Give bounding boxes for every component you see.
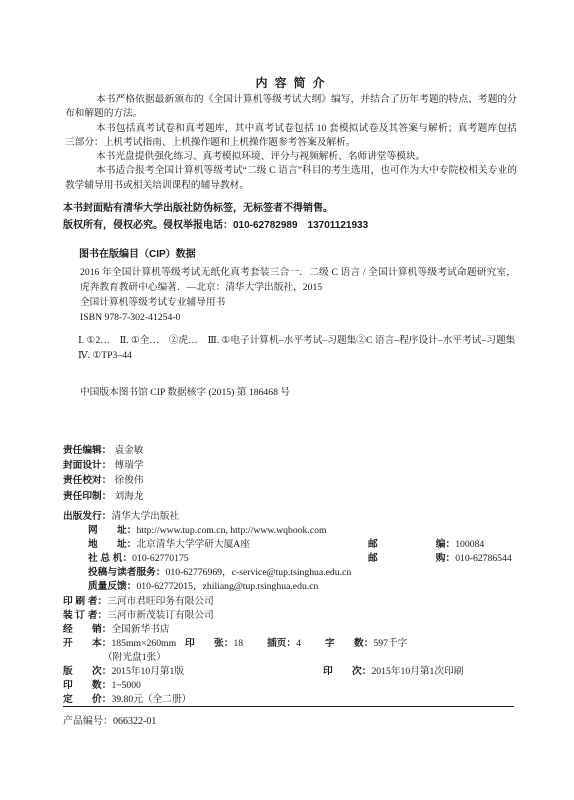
reader-service-row: 投稿与读者服务：010-62776969，c-service@tup.tsing… [63,566,515,580]
impression-group: 印 次：2015年10月第1次印刷 [323,665,463,679]
reader-service-label: 投稿与读者服务： [88,567,166,578]
quality-feedback-label: 质量反馈： [88,581,136,592]
disc-note-row: （附光盘1张） [63,651,515,665]
word-count-value: 597千字 [373,638,407,649]
cip-record-block: 2016 年全国计算机等级考试无纸化真考套装三合一．二级 C 语言 / 全国计算… [80,265,516,325]
quality-feedback-value: 010-62772015，zhiliang@tup.tsinghua.edu.c… [136,581,318,592]
mail-order-label: 邮 购： [368,553,455,564]
distributor-label: 经 销： [63,624,111,635]
disc-note: （附光盘1张） [103,652,166,663]
cip-classification: Ⅰ. ①2… Ⅱ. ①全… ②虎… Ⅲ. ①电子计算机–水平考试–习题集②C 语… [78,334,518,363]
credit-value: 徐俊伟 [114,475,143,486]
credit-value: 傅瑞学 [114,460,143,471]
mail-order-group: 邮 购：010-62786544 [368,552,512,566]
reader-service-value: 010-62776969，c-service@tup.tsinghua.edu.… [166,567,352,578]
edition-label: 版 次： [63,666,111,677]
format-value: 185mm×260mm [111,638,176,649]
product-code-row: 产品编号：066322-01 [63,712,156,727]
printer-value: 三河市君旺印务有限公司 [107,596,214,607]
switchboard-label: 社 总 机： [88,553,132,564]
publisher-value: 清华大学出版社 [111,511,179,522]
address-label: 地 址： [88,539,136,550]
cip-heading: 图书在版编目（CIP）数据 [79,245,196,260]
intro-paragraph: 本书适合报考全国计算机等级考试“二级 C 语言”科目的考生选用，也可作为大中专院… [65,164,517,193]
credit-label: 责任印制： [63,491,111,502]
credit-label: 封面设计： [63,460,111,471]
inserts-group: 插页：4 [267,637,301,651]
page-title: 内 容 简 介 [65,74,517,91]
printer-label: 印 刷 者： [63,596,107,607]
format-row: 开 本：185mm×260mm 印 张：18 插页：4 字 数：597千字 [63,637,515,651]
website-label: 网 址： [88,525,136,536]
website-value: http://www.tup.com.cn, http://www.wqbook… [136,525,326,536]
sheets-group: 印 张：18 [185,637,243,651]
word-count-label: 字 数： [325,638,373,649]
credit-label: 责任校对： [63,475,111,486]
switchboard-value: 010-62770175 [132,553,189,564]
impression-value: 2015年10月第1次印刷 [371,666,463,677]
word-count-group: 字 数：597千字 [325,637,407,651]
credit-label: 责任编辑： [63,445,111,456]
edition-row: 版 次：2015年10月第1版 印 次：2015年10月第1次印刷 [63,665,515,679]
credit-row-proofreader: 责任校对：徐俊伟 [63,473,144,488]
intro-section: 本书严格依据最新颁布的《全国计算机等级考试大纲》编写，并结合了历年考题的特点、考… [65,93,517,193]
distributor-row: 经 销：全国新华书店 [63,623,515,637]
printer-row: 印 刷 者：三河市君旺印务有限公司 [63,595,515,609]
intro-paragraph: 本书严格依据最新颁布的《全国计算机等级考试大纲》编写，并结合了历年考题的特点、考… [65,93,517,122]
binding-row: 装 订 者：三河市新茂装订有限公司 [63,609,515,623]
product-code-label: 产品编号： [63,716,113,727]
cip-series: 全国计算机等级考试专业辅导用书 [80,295,516,310]
address-row: 地 址：北京清华大学学研大厦A座 邮 编：100084 [63,538,515,552]
cip-record-number: 中国版本图书馆 CIP 数据核字 (2015) 第 186468 号 [80,384,290,398]
credit-value: 刘海龙 [114,491,143,502]
quality-feedback-row: 质量反馈：010-62772015，zhiliang@tup.tsinghua.… [63,580,515,594]
address-value: 北京清华大学学研大厦A座 [136,539,250,550]
price-value: 39.80元（全二册） [111,694,191,705]
intro-paragraph: 本书光盘提供强化练习、真考模拟环境、评分与视频解析、名师讲堂等模块。 [65,150,517,164]
website-row: 网 址：http://www.tup.com.cn, http://www.wq… [63,524,515,538]
publisher-row: 出版发行：清华大学出版社 [63,510,515,524]
postcode-label: 邮 编： [368,539,455,550]
sheets-value: 18 [233,638,243,649]
staff-credits: 责任编辑：袁金敏 封面设计：傅瑞学 责任校对：徐俊伟 责任印制：刘海龙 [63,443,144,504]
binding-value: 三河市新茂装订有限公司 [107,610,214,621]
sheets-label: 印 张： [185,638,233,649]
divider [63,706,514,707]
postcode-value: 100084 [455,539,484,550]
edition-value: 2015年10月第1版 [111,666,184,677]
mail-order-value: 010-62786544 [455,553,512,564]
copyright-page: 内 容 简 介 本书严格依据最新颁布的《全国计算机等级考试大纲》编写，并结合了历… [0,0,574,800]
print-run-row: 印 数：1~5000 [63,679,515,693]
credit-row-editor: 责任编辑：袁金敏 [63,443,144,458]
anti-counterfeit-notice: 本书封面贴有清华大学出版社防伪标签，无标签者不得销售。 [63,200,535,217]
credit-value: 袁金敏 [114,445,143,456]
publisher-label: 出版发行： [63,511,111,522]
price-label: 定 价： [63,694,111,705]
inserts-value: 4 [296,638,301,649]
binding-label: 装 订 者： [63,610,107,621]
copyright-warning: 本书封面贴有清华大学出版社防伪标签，无标签者不得销售。 版权所有，侵权必究。侵权… [63,200,535,234]
print-run-value: 1~5000 [111,680,140,691]
infringement-notice: 版权所有，侵权必究。侵权举报电话：010-62782989 1370112193… [63,217,535,234]
cip-description: 2016 年全国计算机等级考试无纸化真考套装三合一．二级 C 语言 / 全国计算… [80,265,516,295]
distributor-value: 全国新华书店 [111,624,169,635]
inserts-label: 插页： [267,638,296,649]
credit-row-print-supervisor: 责任印制：刘海龙 [63,489,144,504]
switchboard-row: 社 总 机：010-62770175 邮 购：010-62786544 [63,552,515,566]
format-label: 开 本： [63,638,111,649]
product-code-value: 066322-01 [113,716,156,727]
intro-paragraph: 本书包括真考试卷和真考题库，其中真考试卷包括 10 套模拟试卷及其答案与解析；真… [65,122,517,151]
credit-row-cover-design: 封面设计：傅瑞学 [63,458,144,473]
cip-isbn: ISBN 978-7-302-41254-0 [80,310,516,325]
print-run-label: 印 数： [63,680,111,691]
postcode-group: 邮 编：100084 [368,538,484,552]
publishing-info: 出版发行：清华大学出版社 网 址：http://www.tup.com.cn, … [63,510,515,707]
impression-label: 印 次： [323,666,371,677]
